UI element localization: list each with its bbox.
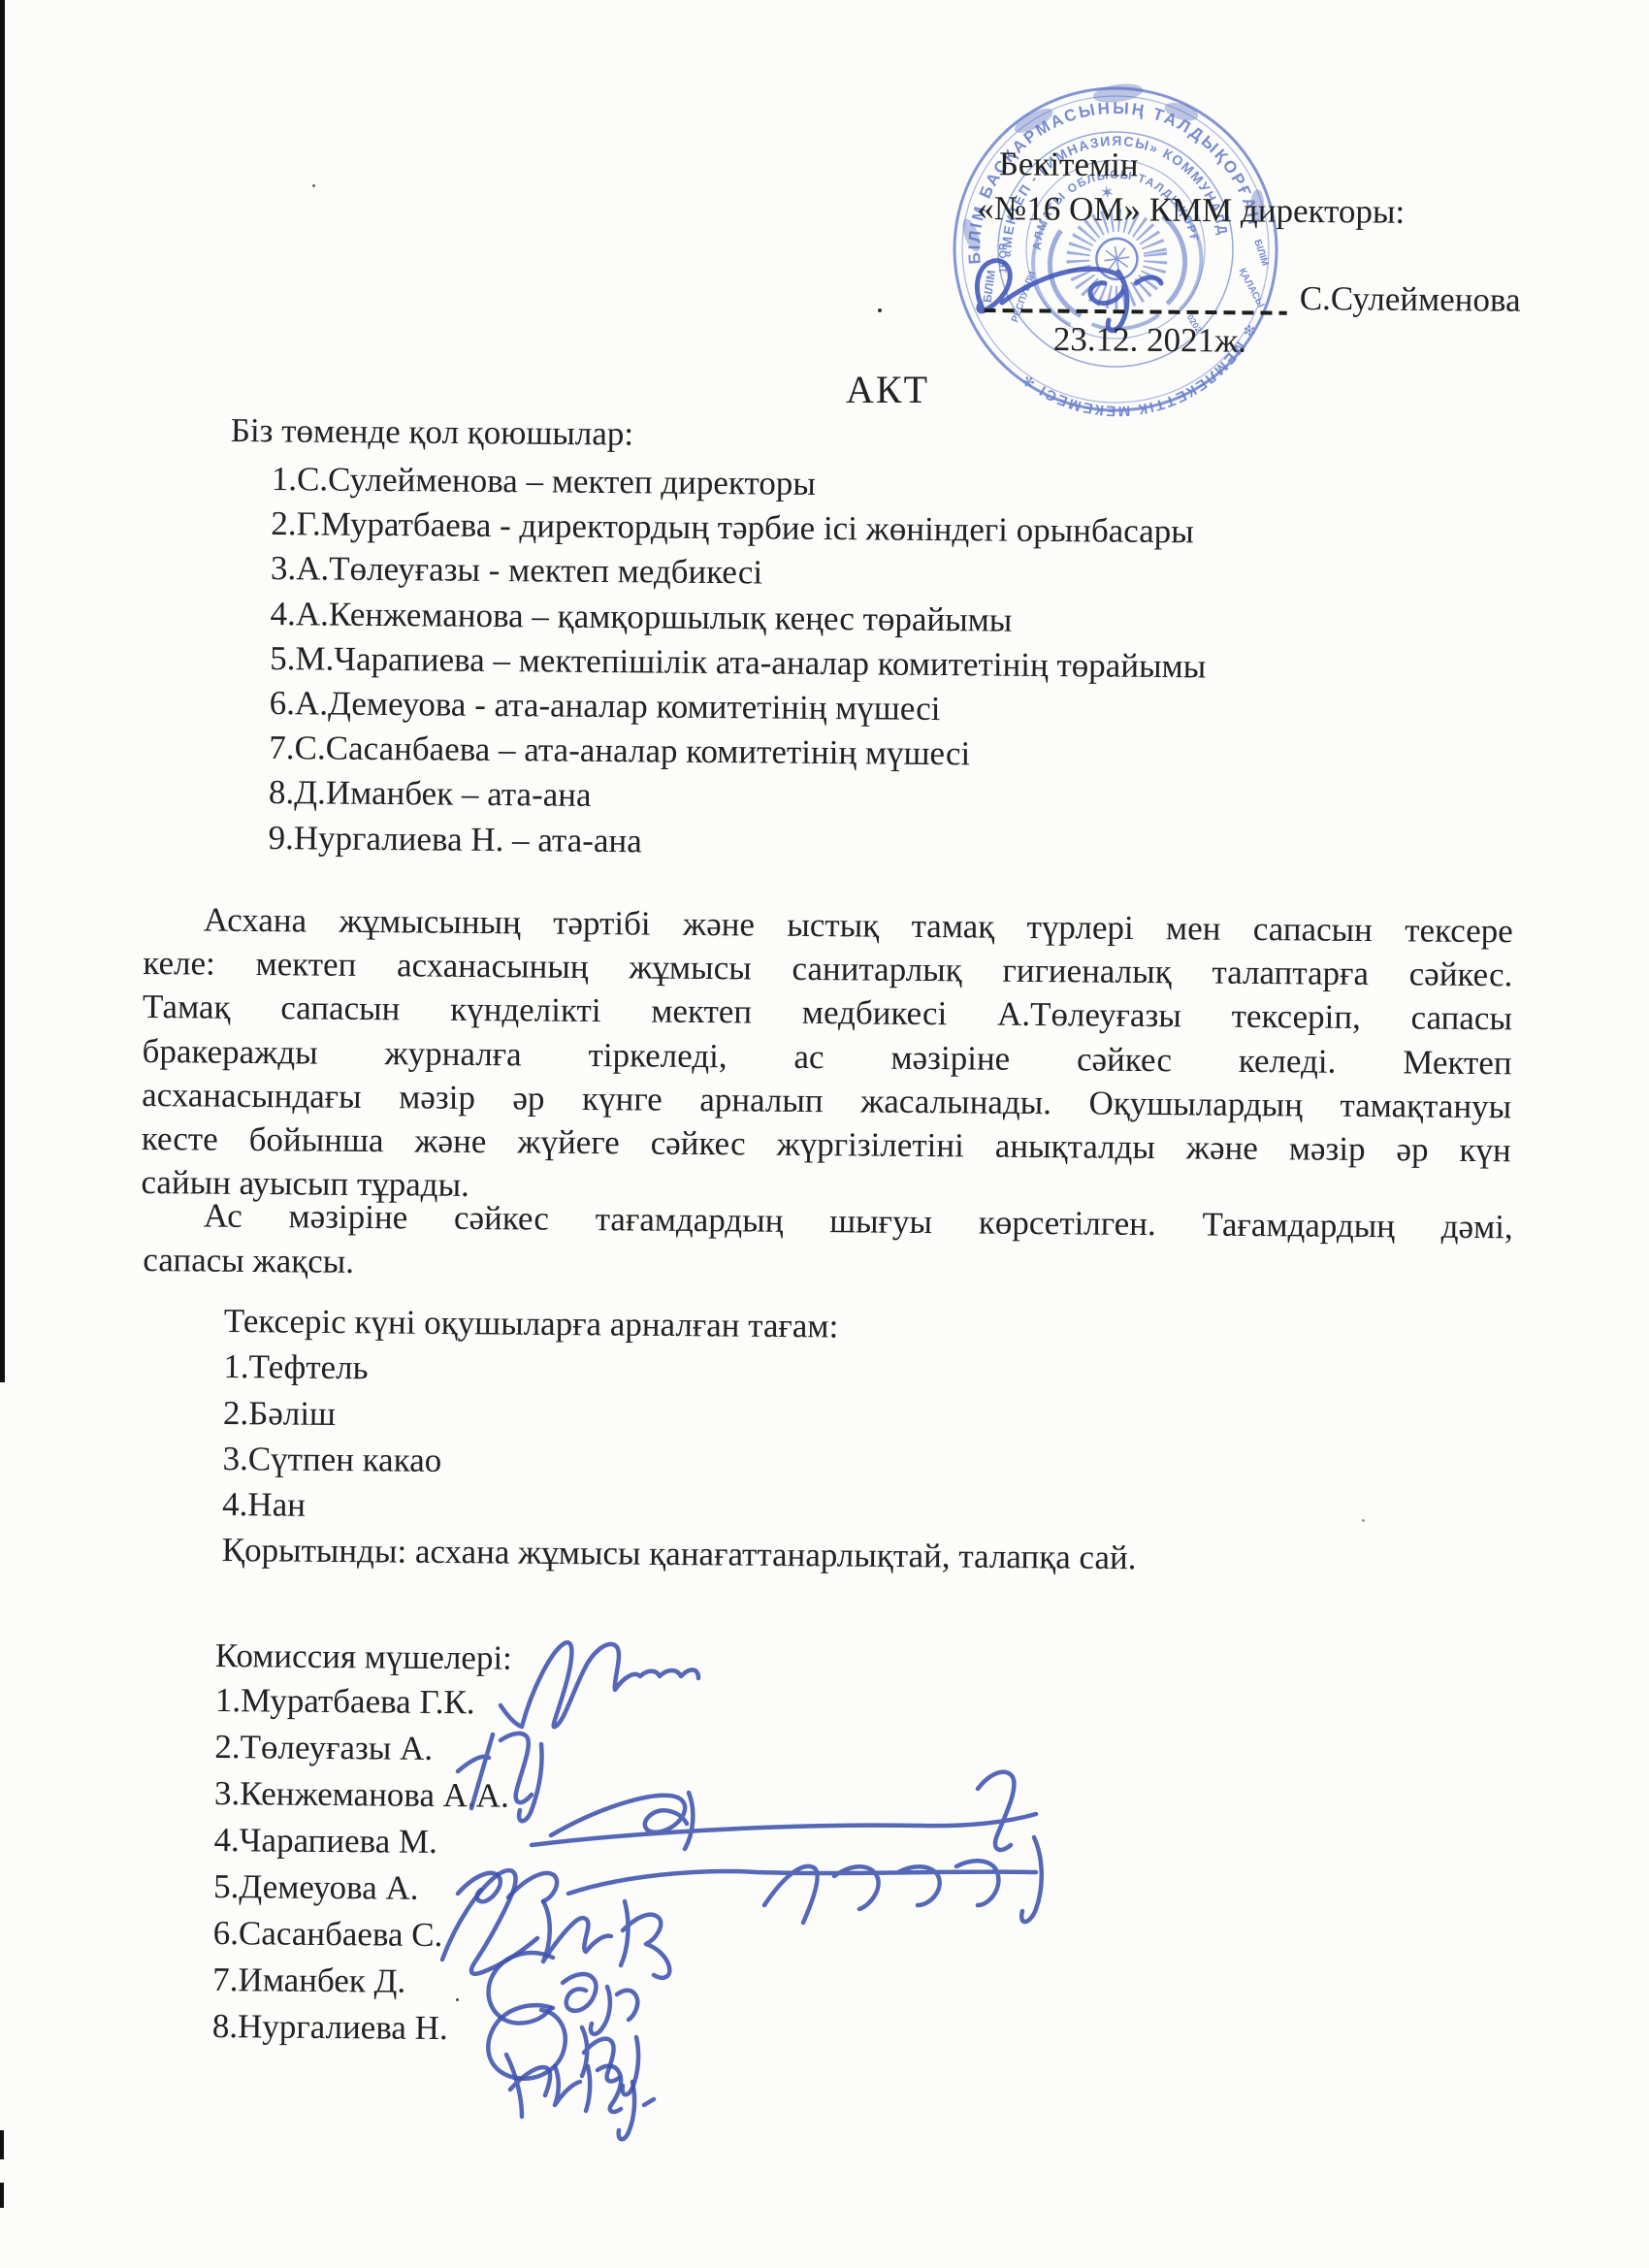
signatory-line: 6.А.Демеуова - ата-аналар комитетінің мү…: [270, 681, 1206, 734]
member-signature: [488, 2005, 638, 2094]
scan-edge-artifact: [0, 2183, 4, 2208]
member-signature: [501, 1642, 698, 1727]
scan-speck: [878, 308, 882, 312]
conclusion-line: Қорытынды: асхана жұмысы қанағаттанарлық…: [222, 1527, 1137, 1581]
svg-text:БІЛІМ: БІЛІМ: [1251, 239, 1270, 268]
scan-speck: [1362, 1519, 1365, 1522]
signatory-line: 2.Г.Муратбаева - директордың тәрбие ісі …: [271, 502, 1207, 555]
member-signature: [458, 1733, 542, 1821]
signatories-list: 1.С.Сулейменова – мектеп директоры 2.Г.М…: [268, 457, 1208, 868]
approval-org-line: «№16 ОМ» КММ директоры:: [977, 186, 1405, 235]
body-paragraph-2: Ас мәзіріне сәйкес тағамдардың шығуы көр…: [143, 1193, 1513, 1294]
scan-edge-artifact: [0, 0, 5, 1382]
scan-speck: [312, 184, 315, 187]
approval-block: Бекітемін «№16 ОМ» КММ директоры:: [977, 142, 1406, 235]
svg-text:ҚАЛАСЫ: ҚАЛАСЫ: [1237, 267, 1267, 310]
member-signature: [532, 1772, 1036, 1850]
document-title: АКТ: [846, 367, 929, 412]
menu-item: 3.Сүтпен какао: [222, 1436, 1137, 1490]
scan-edge-artifact: [0, 2130, 4, 2159]
director-name: С.Сулейменова: [1300, 279, 1521, 320]
member-signature: [489, 1953, 638, 2034]
signatory-line: 8.Д.Иманбек – ата-ана: [269, 770, 1205, 824]
menu-item: 1.Тефтель: [223, 1344, 1138, 1398]
signatory-line: 5.М.Чарапиева – мектепішілік ата-аналар …: [270, 636, 1206, 690]
signatory-line: 1.С.Сулейменова – мектеп директоры: [272, 457, 1208, 510]
member-signature: [506, 2055, 654, 2139]
menu-item: 2.Бәліш: [223, 1390, 1138, 1444]
approval-date: 23.12. 2021ж.: [1053, 320, 1247, 361]
member-signatures: [407, 1581, 1183, 2163]
signatory-line: 3.А.Төлеуғазы - мектеп медбикесі: [271, 546, 1207, 599]
signatory-line: 4.А.Кенжеманова – қамқоршылық кеңес төра…: [270, 592, 1206, 645]
scanned-document-page: БІЛІМ БАСҚАРМАСЫНЫҢ ТАЛДЫҚОРҒАН ҚАЛАСЫ Б…: [0, 0, 1649, 2268]
signatory-line: 9.Нургалиева Н. – ата-ана: [268, 816, 1204, 869]
menu-item: 4.Нан: [222, 1481, 1137, 1536]
body-paragraph-1: Асхана жұмысының тәртібі және ыстық тама…: [141, 897, 1513, 1216]
signatory-line: 7.С.Сасанбаева – ата-аналар комитетінің …: [269, 726, 1205, 779]
menu-heading: Тексеріс күні оқушыларға арналған тағам:: [224, 1298, 1139, 1352]
approval-heading: Бекітемін: [999, 142, 1406, 190]
intro-line: Біз төменде қол қоюшылар:: [231, 411, 634, 454]
menu-block: Тексеріс күні оқушыларға арналған тағам:…: [222, 1298, 1139, 1581]
